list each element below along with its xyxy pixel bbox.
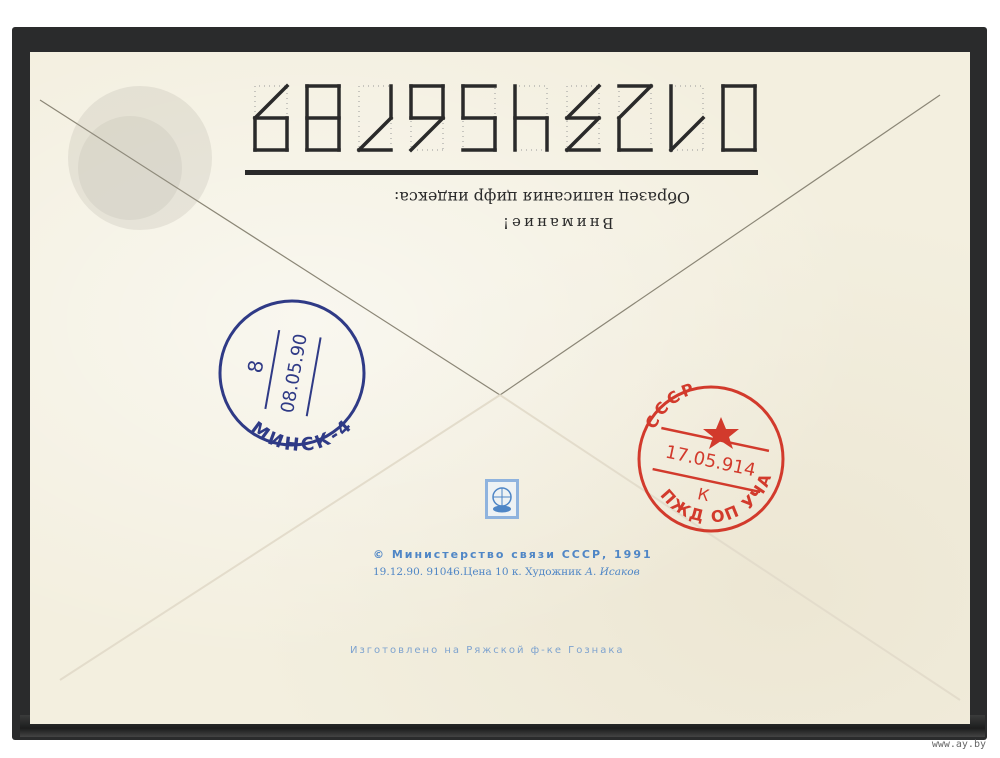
svg-text:ПЖД ОП УЧАСТОК: ПЖД ОП УЧАСТОК xyxy=(0,0,776,527)
imprint-price: 19.12.90. 91046.Цена 10 к. Художник xyxy=(373,566,585,578)
imprint-maker: Изготовлено на Ряжской ф-ке Гознака xyxy=(350,645,625,656)
watermark: www.ay.by xyxy=(932,739,986,750)
imprint-artist: А. Исаков xyxy=(585,566,640,578)
stamp-globe-icon xyxy=(484,478,520,520)
imprint-details: 19.12.90. 91046.Цена 10 к. Художник А. И… xyxy=(373,566,640,578)
imprint-copyright: © Министерство связи СССР, 1991 xyxy=(373,548,653,561)
svg-text:СССР: СССР xyxy=(641,378,699,431)
svg-text:К: К xyxy=(696,484,712,505)
